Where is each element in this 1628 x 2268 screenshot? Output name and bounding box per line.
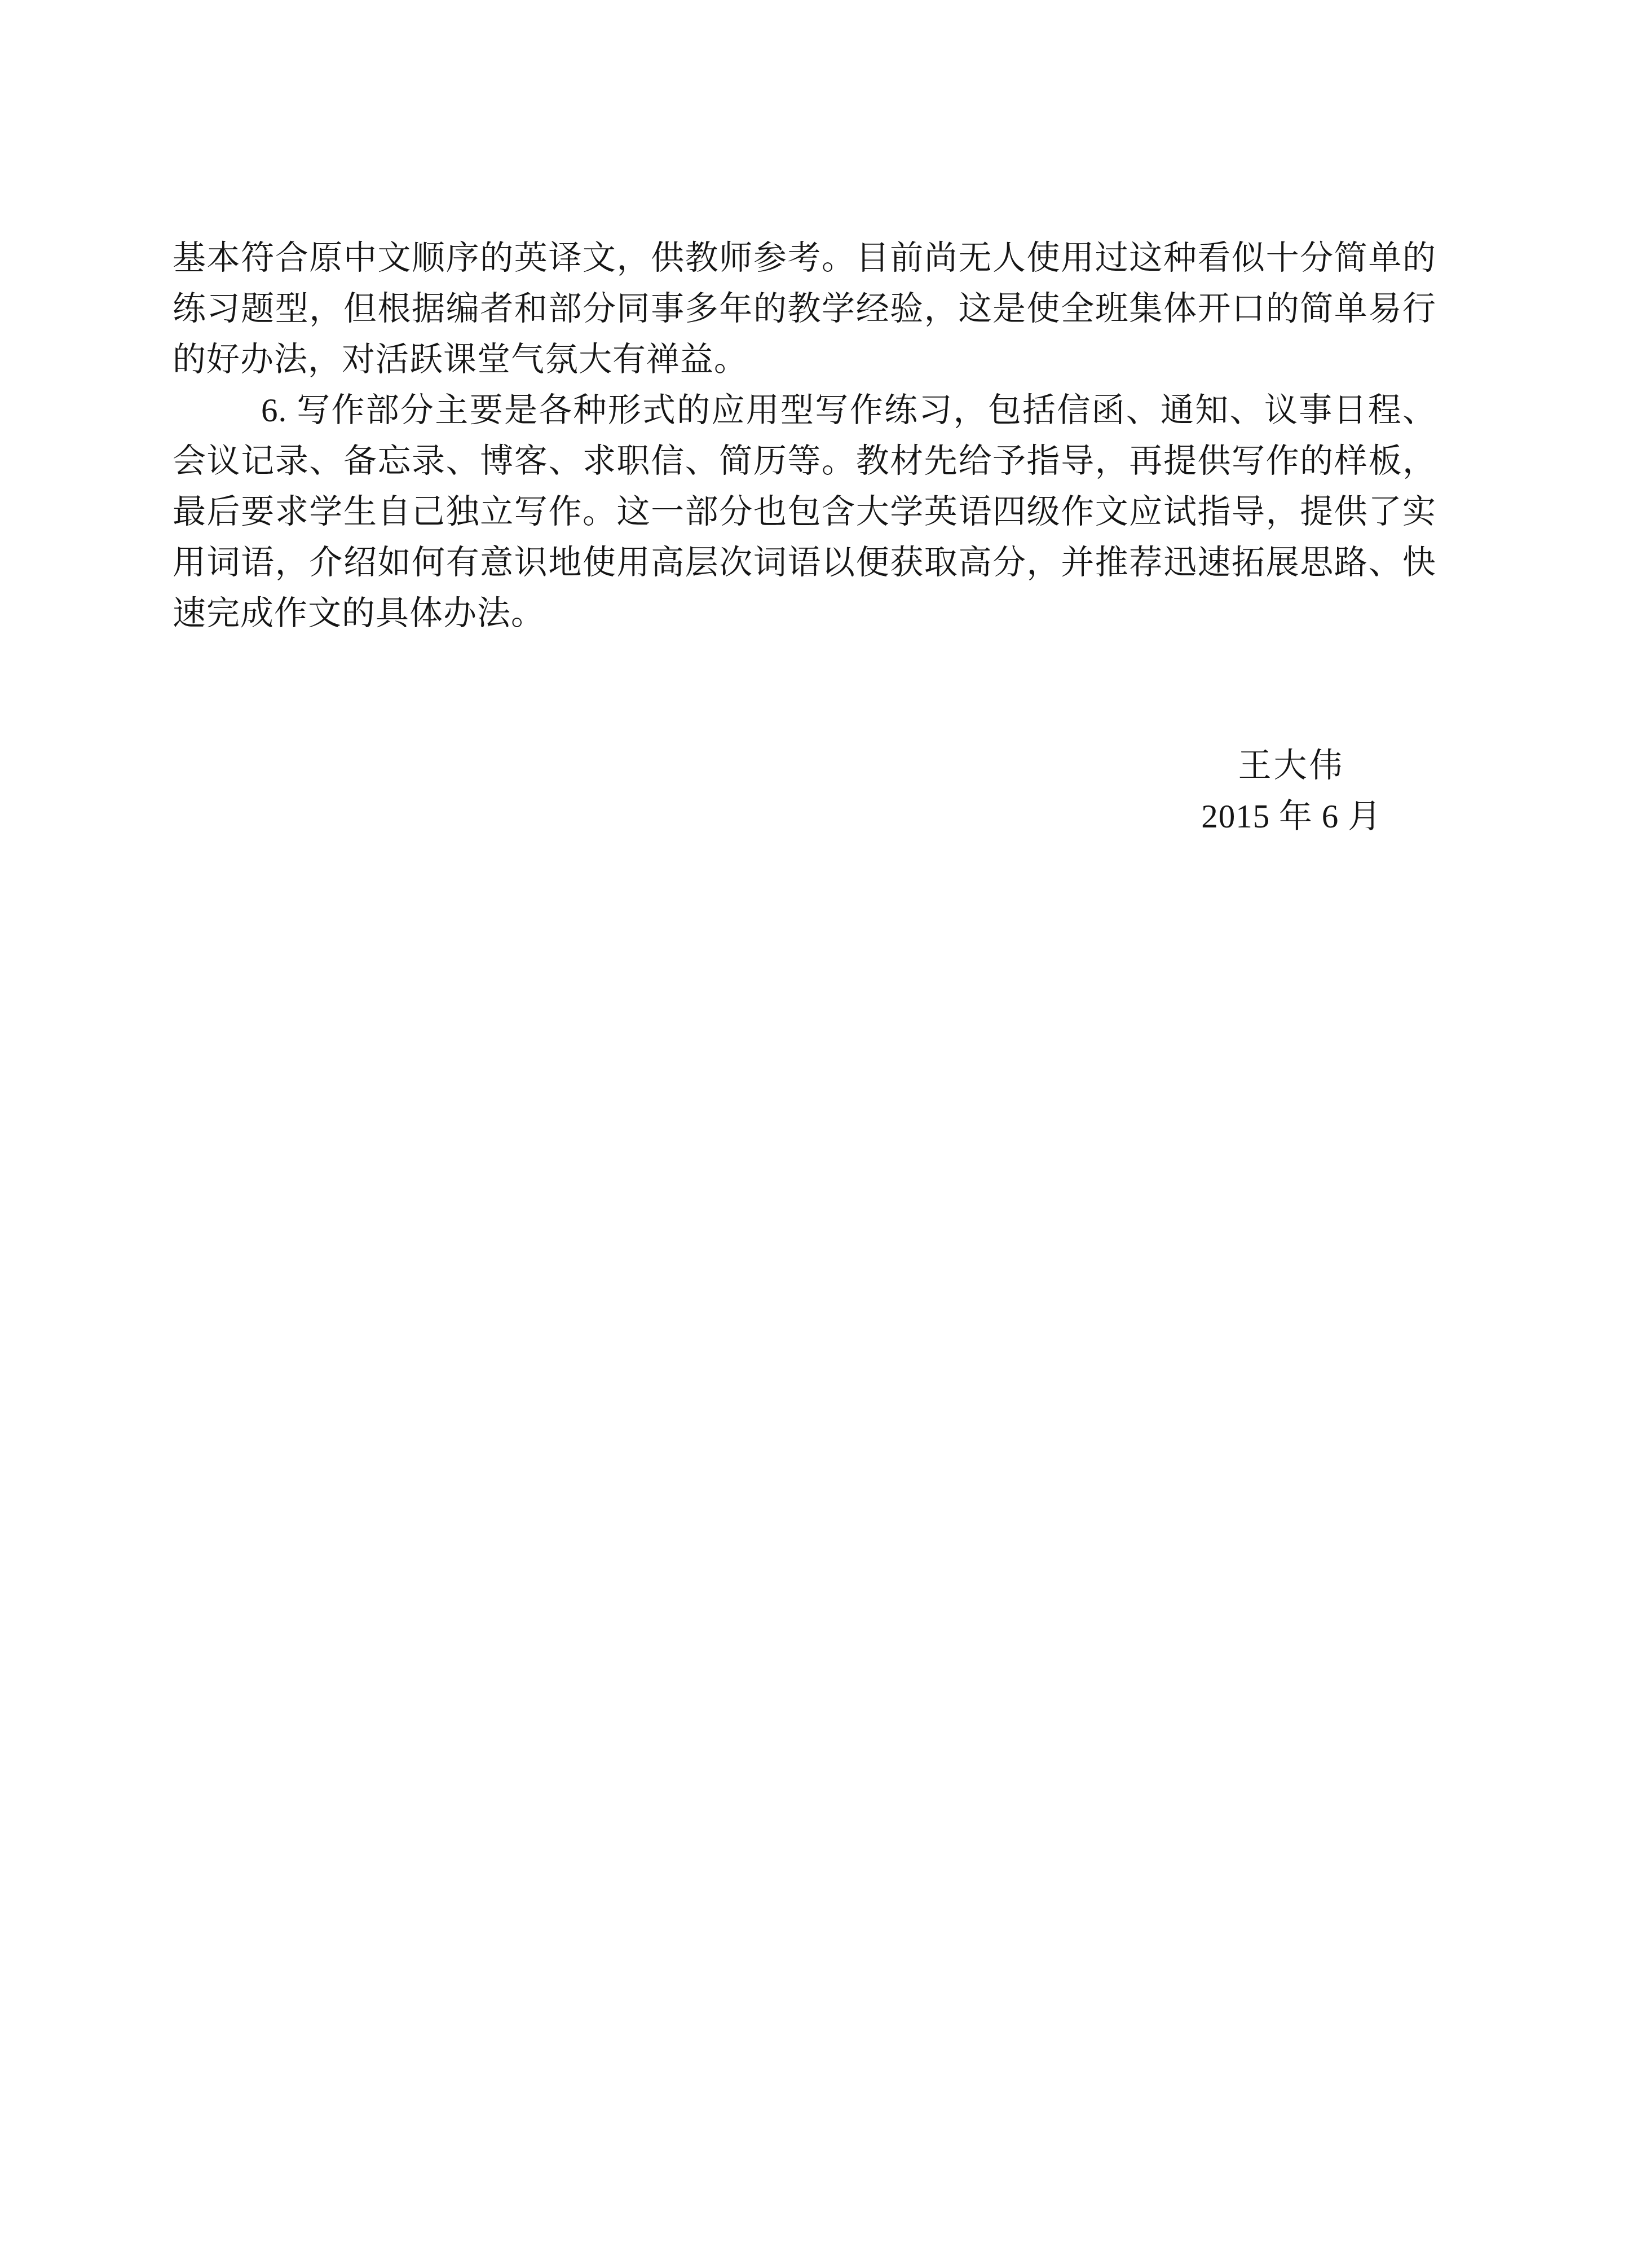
signature-author-name: 王大伟 [1139, 740, 1444, 791]
preface-body: 基本符合原中文顺序的英译文，供教师参考。目前尚无人使用过这种看似十分简单的练习题… [173, 232, 1436, 638]
paragraph-item-6: 6. 写作部分主要是各种形式的应用型写作练习，包括信函、通知、议事日程、会议记录… [173, 385, 1436, 638]
book-page: 基本符合原中文顺序的英译文，供教师参考。目前尚无人使用过这种看似十分简单的练习题… [0, 0, 1628, 2268]
signature-date: 2015 年 6 月 [1139, 791, 1444, 842]
paragraph-continuation: 基本符合原中文顺序的英译文，供教师参考。目前尚无人使用过这种看似十分简单的练习题… [173, 232, 1436, 385]
signature-block: 王大伟 2015 年 6 月 [1139, 740, 1444, 842]
